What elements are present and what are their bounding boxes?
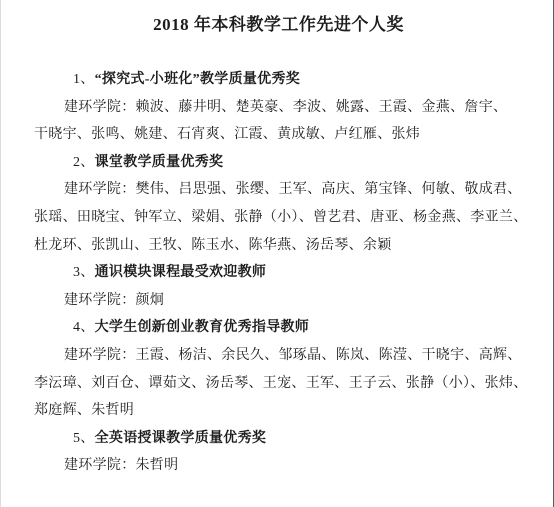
award-recipients-line: 建环学院：朱哲明 <box>34 452 523 480</box>
award-number: 1、 <box>73 72 95 87</box>
award-recipients-line: 建环学院：赖波、藤井明、楚英豪、李波、姚露、王霞、金燕、詹宇、 <box>34 94 523 122</box>
award-category-heading: 5、全英语授课教学质量优秀奖 <box>34 425 523 453</box>
award-category-heading: 3、通识模块课程最受欢迎教师 <box>34 259 523 287</box>
award-section-1: 1、“探究式-小班化”教学质量优秀奖 建环学院：赖波、藤井明、楚英豪、李波、姚露… <box>34 66 523 149</box>
award-recipients-line: 建环学院：樊伟、吕思强、张缨、王军、高庆、第宝锋、何敏、敬成君、 <box>34 176 523 204</box>
award-number: 3、 <box>73 265 95 280</box>
award-recipients-line: 张瑶、田晓宝、钟军立、梁娟、张静（小）、曾艺君、唐亚、杨金燕、李亚兰、 <box>34 204 523 232</box>
award-title: 课堂教学质量优秀奖 <box>95 155 224 170</box>
award-recipients-line: 郑庭辉、朱哲明 <box>34 397 523 425</box>
award-title: “探究式-小班化”教学质量优秀奖 <box>95 72 300 87</box>
award-title: 全英语授课教学质量优秀奖 <box>95 431 267 446</box>
award-category-heading: 1、“探究式-小班化”教学质量优秀奖 <box>34 66 523 94</box>
award-section-5: 5、全英语授课教学质量优秀奖 建环学院：朱哲明 <box>34 425 523 480</box>
award-number: 2、 <box>73 155 95 170</box>
award-recipients-line: 杜龙环、张凯山、王牧、陈玉水、陈华燕、汤岳琴、余颖 <box>34 232 523 260</box>
award-section-2: 2、课堂教学质量优秀奖 建环学院：樊伟、吕思强、张缨、王军、高庆、第宝锋、何敏、… <box>34 149 523 259</box>
award-recipients-line: 李沄璋、刘百仓、谭茹文、汤岳琴、王宠、王军、王子云、张静（小）、张炜、 <box>34 370 523 398</box>
document-title: 2018 年本科教学工作先进个人奖 <box>34 10 523 40</box>
award-title: 通识模块课程最受欢迎教师 <box>95 265 267 280</box>
award-recipients-line: 建环学院：颜炯 <box>34 287 523 315</box>
award-section-3: 3、通识模块课程最受欢迎教师 建环学院：颜炯 <box>34 259 523 314</box>
award-section-4: 4、大学生创新创业教育优秀指导教师 建环学院：王霞、杨洁、余民久、邹琢晶、陈岚、… <box>34 314 523 424</box>
award-number: 4、 <box>73 320 95 335</box>
award-category-heading: 4、大学生创新创业教育优秀指导教师 <box>34 314 523 342</box>
award-category-heading: 2、课堂教学质量优秀奖 <box>34 149 523 177</box>
document-page: 2018 年本科教学工作先进个人奖 1、“探究式-小班化”教学质量优秀奖 建环学… <box>0 0 554 507</box>
award-recipients-line: 建环学院：王霞、杨洁、余民久、邹琢晶、陈岚、陈滢、干晓宇、高辉、 <box>34 342 523 370</box>
award-title: 大学生创新创业教育优秀指导教师 <box>95 320 310 335</box>
award-recipients-line: 干晓宇、张鸣、姚建、石宵爽、江霞、黄成敏、卢红雁、张炜 <box>34 121 523 149</box>
award-number: 5、 <box>73 431 95 446</box>
